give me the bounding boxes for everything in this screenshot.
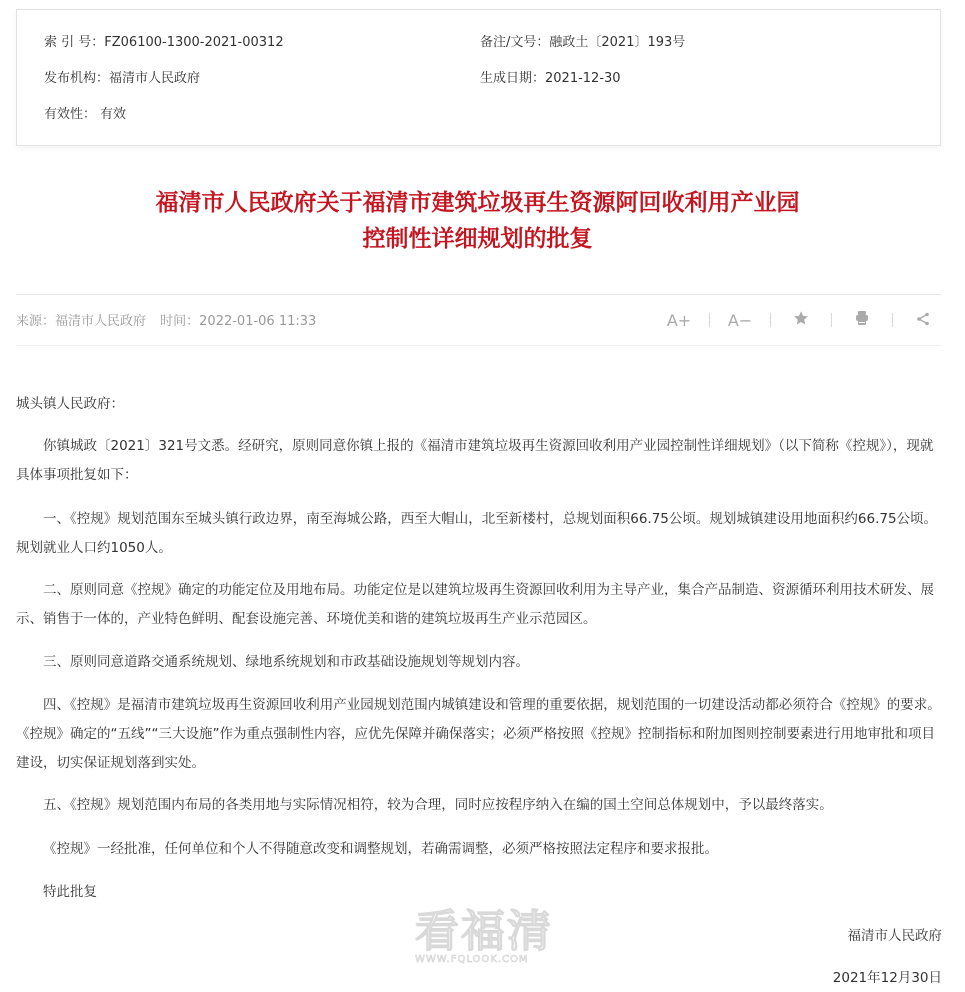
site-watermark: 看福清 WWW.FQLOOK.COM (415, 908, 555, 978)
font-increase-icon: A+ (667, 311, 691, 330)
salutation: 城头镇人民政府： (16, 390, 942, 419)
paragraph-3: 三、原则同意道路交通系统规划、绿地系统规划和市政基础设施规划等规划内容。 (16, 648, 942, 677)
meta-index-number-label: 索 引 号： (44, 35, 104, 50)
meta-publisher: 发布机构：福清市人民政府 (44, 70, 200, 88)
printer-icon (855, 310, 869, 330)
meta-publisher-value: 福清市人民政府 (109, 71, 200, 86)
meta-validity-label: 有效性： (44, 107, 96, 122)
toolbar-separator (709, 313, 710, 327)
meta-generated-date-value: 2021-12-30 (545, 71, 621, 86)
source-bar: 来源：福清市人民政府 时间：2022-01-06 11:33 (16, 310, 326, 329)
meta-validity: 有效性：有效 (44, 106, 126, 124)
toolbar-separator (831, 313, 832, 327)
paragraph-2: 二、原则同意《控规》确定的功能定位及用地布局。功能定位是以建筑垃圾再生资源回收利… (16, 576, 942, 634)
meta-document-number: 备注/文号：融政土〔2021〕193号 (480, 34, 685, 52)
toolbar-separator (770, 313, 771, 327)
title-divider (16, 294, 941, 295)
meta-index-number: 索 引 号：FZ06100-1300-2021-00312 (44, 34, 284, 52)
meta-generated-date: 生成日期：2021-12-30 (480, 70, 621, 88)
title-line-2: 控制性详细规划的批复 (0, 221, 955, 257)
print-button[interactable] (843, 307, 881, 333)
title-line-1: 福清市人民政府关于福清市建筑垃圾再生资源阿回收利用产业园 (0, 185, 955, 221)
meta-document-number-value: 融政土〔2021〕193号 (549, 35, 685, 50)
toolbar-divider (16, 345, 941, 346)
favorite-button[interactable] (782, 307, 820, 333)
paragraph-closing: 《控规》一经批准，任何单位和个人不得随意改变和调整规划，若确需调整，必须严格按照… (16, 835, 942, 864)
paragraph-approval: 特此批复 (16, 878, 942, 907)
share-icon (916, 311, 930, 330)
meta-validity-value: 有效 (100, 107, 126, 122)
watermark-logo-text: 看福清 (415, 908, 555, 956)
toolbar-separator (892, 313, 893, 327)
publish-time: 时间：2022-01-06 11:33 (160, 314, 316, 329)
document-metadata-panel: 索 引 号：FZ06100-1300-2021-00312 备注/文号：融政土〔… (16, 9, 941, 146)
meta-index-number-value: FZ06100-1300-2021-00312 (104, 35, 283, 50)
article-toolbar: A+ A− (660, 307, 942, 333)
paragraph-5: 五、《控规》规划范围内布局的各类用地与实际情况相符，较为合理，同时应按程序纳入在… (16, 791, 942, 820)
font-increase-button[interactable]: A+ (660, 307, 698, 333)
source-label: 来源：福清市人民政府 (16, 314, 146, 329)
paragraph-4: 四、《控规》是福清市建筑垃圾再生资源回收利用产业园规划范围内城镇建设和管理的重要… (16, 691, 942, 778)
star-icon (793, 310, 809, 330)
font-decrease-icon: A− (728, 311, 752, 330)
meta-document-number-label: 备注/文号： (480, 35, 549, 50)
font-decrease-button[interactable]: A− (721, 307, 759, 333)
meta-generated-date-label: 生成日期： (480, 71, 545, 86)
paragraph-1: 一、《控规》规划范围东至城头镇行政边界，南至海城公路，西至大帽山，北至新楼村，总… (16, 505, 942, 563)
page-title: 福清市人民政府关于福清市建筑垃圾再生资源阿回收利用产业园 控制性详细规划的批复 (0, 185, 955, 257)
meta-publisher-label: 发布机构： (44, 71, 109, 86)
paragraph-intro: 你镇城政〔2021〕321号文悉。经研究，原则同意你镇上报的《福清市建筑垃圾再生… (16, 432, 942, 490)
share-button[interactable] (904, 307, 942, 333)
